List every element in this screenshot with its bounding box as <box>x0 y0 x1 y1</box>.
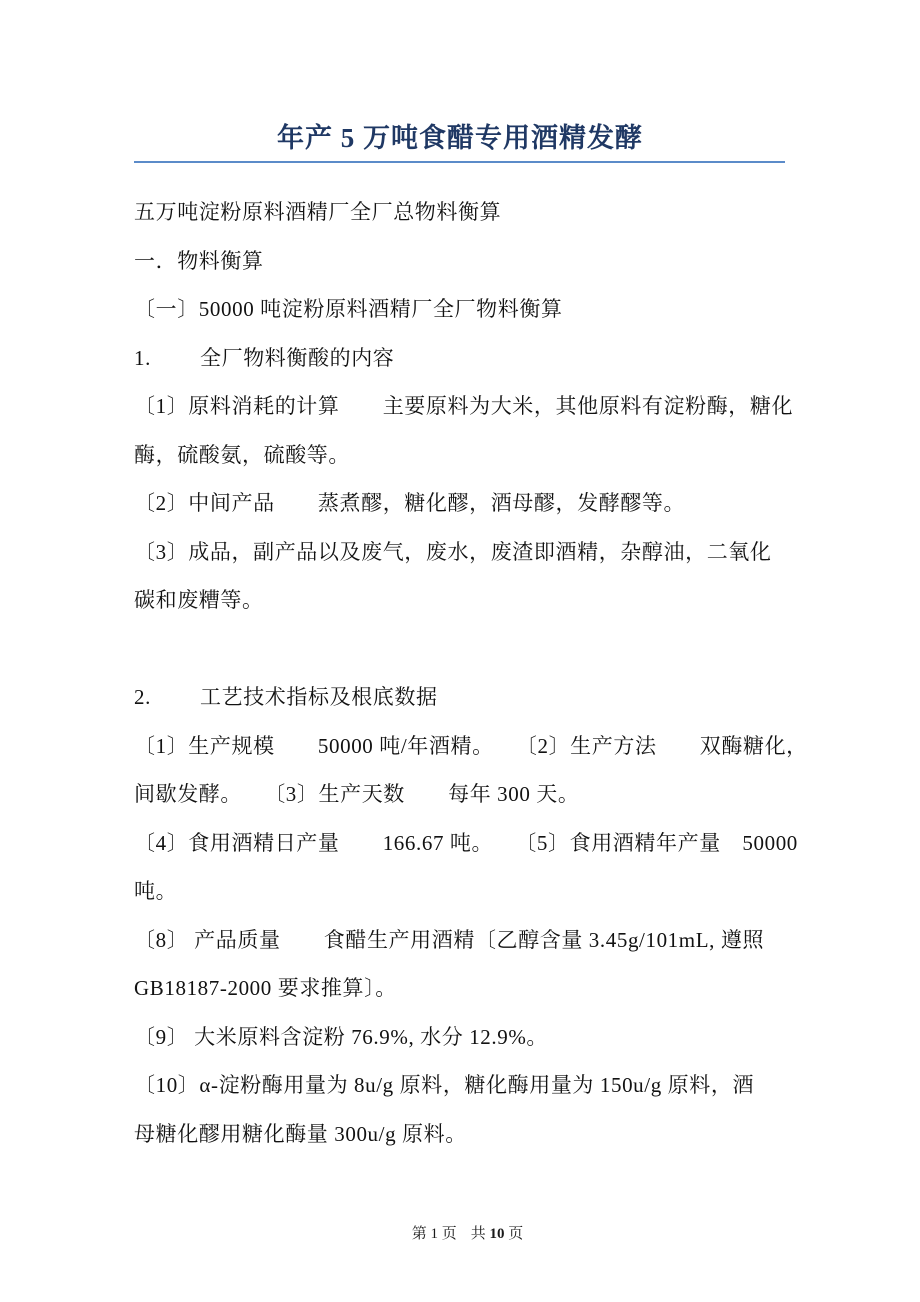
document-body: 五万吨淀粉原料酒精厂全厂总物料衡算一．物料衡算〔一〕50000 吨淀粉原料酒精厂… <box>134 188 794 1158</box>
text-line-item-2-123-2: 间歇发酵。 〔3〕生产天数 每年 300 天。 <box>134 770 794 819</box>
text-line-subsection-1: 〔一〕50000 吨淀粉原料酒精厂全厂物料衡算 <box>134 285 794 334</box>
page-footer: 第 1 页共 10 页 <box>0 1205 920 1260</box>
footer-total-suffix: 页 <box>508 1226 523 1242</box>
text-line-item-1-3-2: 碳和废糟等。 <box>134 576 794 625</box>
text-line-heading-summary: 五万吨淀粉原料酒精厂全厂总物料衡算 <box>134 188 794 237</box>
page-title: 年产 5 万吨食醋专用酒精发酵 <box>0 116 920 155</box>
text-line-item-2: 2. 工艺技术指标及根底数据 <box>134 673 794 722</box>
text-line-item-1-3-1: 〔3〕成品，副产品以及废气，废水，废渣即酒精，杂醇油，二氧化 <box>134 528 794 577</box>
text-line-spacer <box>134 625 794 674</box>
footer-current-page: 第 1 页 <box>412 1226 457 1242</box>
text-line-item-1-2: 〔2〕中间产品 蒸煮醪，糖化醪，酒母醪，发酵醪等。 <box>134 479 794 528</box>
text-line-item-2-10-2: 母糖化醪用糖化酶量 300u/g 原料。 <box>134 1110 794 1159</box>
footer-total-prefix: 共 <box>471 1226 486 1242</box>
text-line-item-2-45-1: 〔4〕食用酒精日产量 166.67 吨。 〔5〕食用酒精年产量 50000 <box>134 819 794 868</box>
text-line-section-1: 一．物料衡算 <box>134 237 794 286</box>
title-divider <box>134 161 785 163</box>
text-line-item-1: 1. 全厂物料衡酸的内容 <box>134 334 794 383</box>
text-line-item-1-1-2: 酶，硫酸氨，硫酸等。 <box>134 431 794 480</box>
footer-total-number: 10 <box>490 1226 505 1242</box>
text-line-item-2-8-2: GB18187-2000 要求推算〕。 <box>134 964 794 1013</box>
text-line-item-1-1-1: 〔1〕原料消耗的计算 主要原料为大米，其他原料有淀粉酶，糖化 <box>134 382 794 431</box>
text-line-item-2-123-1: 〔1〕生产规模 50000 吨/年酒精。 〔2〕生产方法 双酶糖化， <box>134 722 794 771</box>
text-line-item-2-10-1: 〔10〕α-淀粉酶用量为 8u/g 原料，糖化酶用量为 150u/g 原料，酒 <box>134 1061 794 1110</box>
text-line-item-2-45-2: 吨。 <box>134 867 794 916</box>
footer-total-pages-group: 共 10 页 <box>471 1226 524 1242</box>
text-line-item-2-8-1: 〔8〕 产品质量 食醋生产用酒精〔乙醇含量 3.45g/101mL, 遵照 <box>134 916 794 965</box>
document-page: 年产 5 万吨食醋专用酒精发酵 五万吨淀粉原料酒精厂全厂总物料衡算一．物料衡算〔… <box>0 0 920 1302</box>
text-line-item-2-9: 〔9〕 大米原料含淀粉 76.9%, 水分 12.9%。 <box>134 1013 794 1062</box>
